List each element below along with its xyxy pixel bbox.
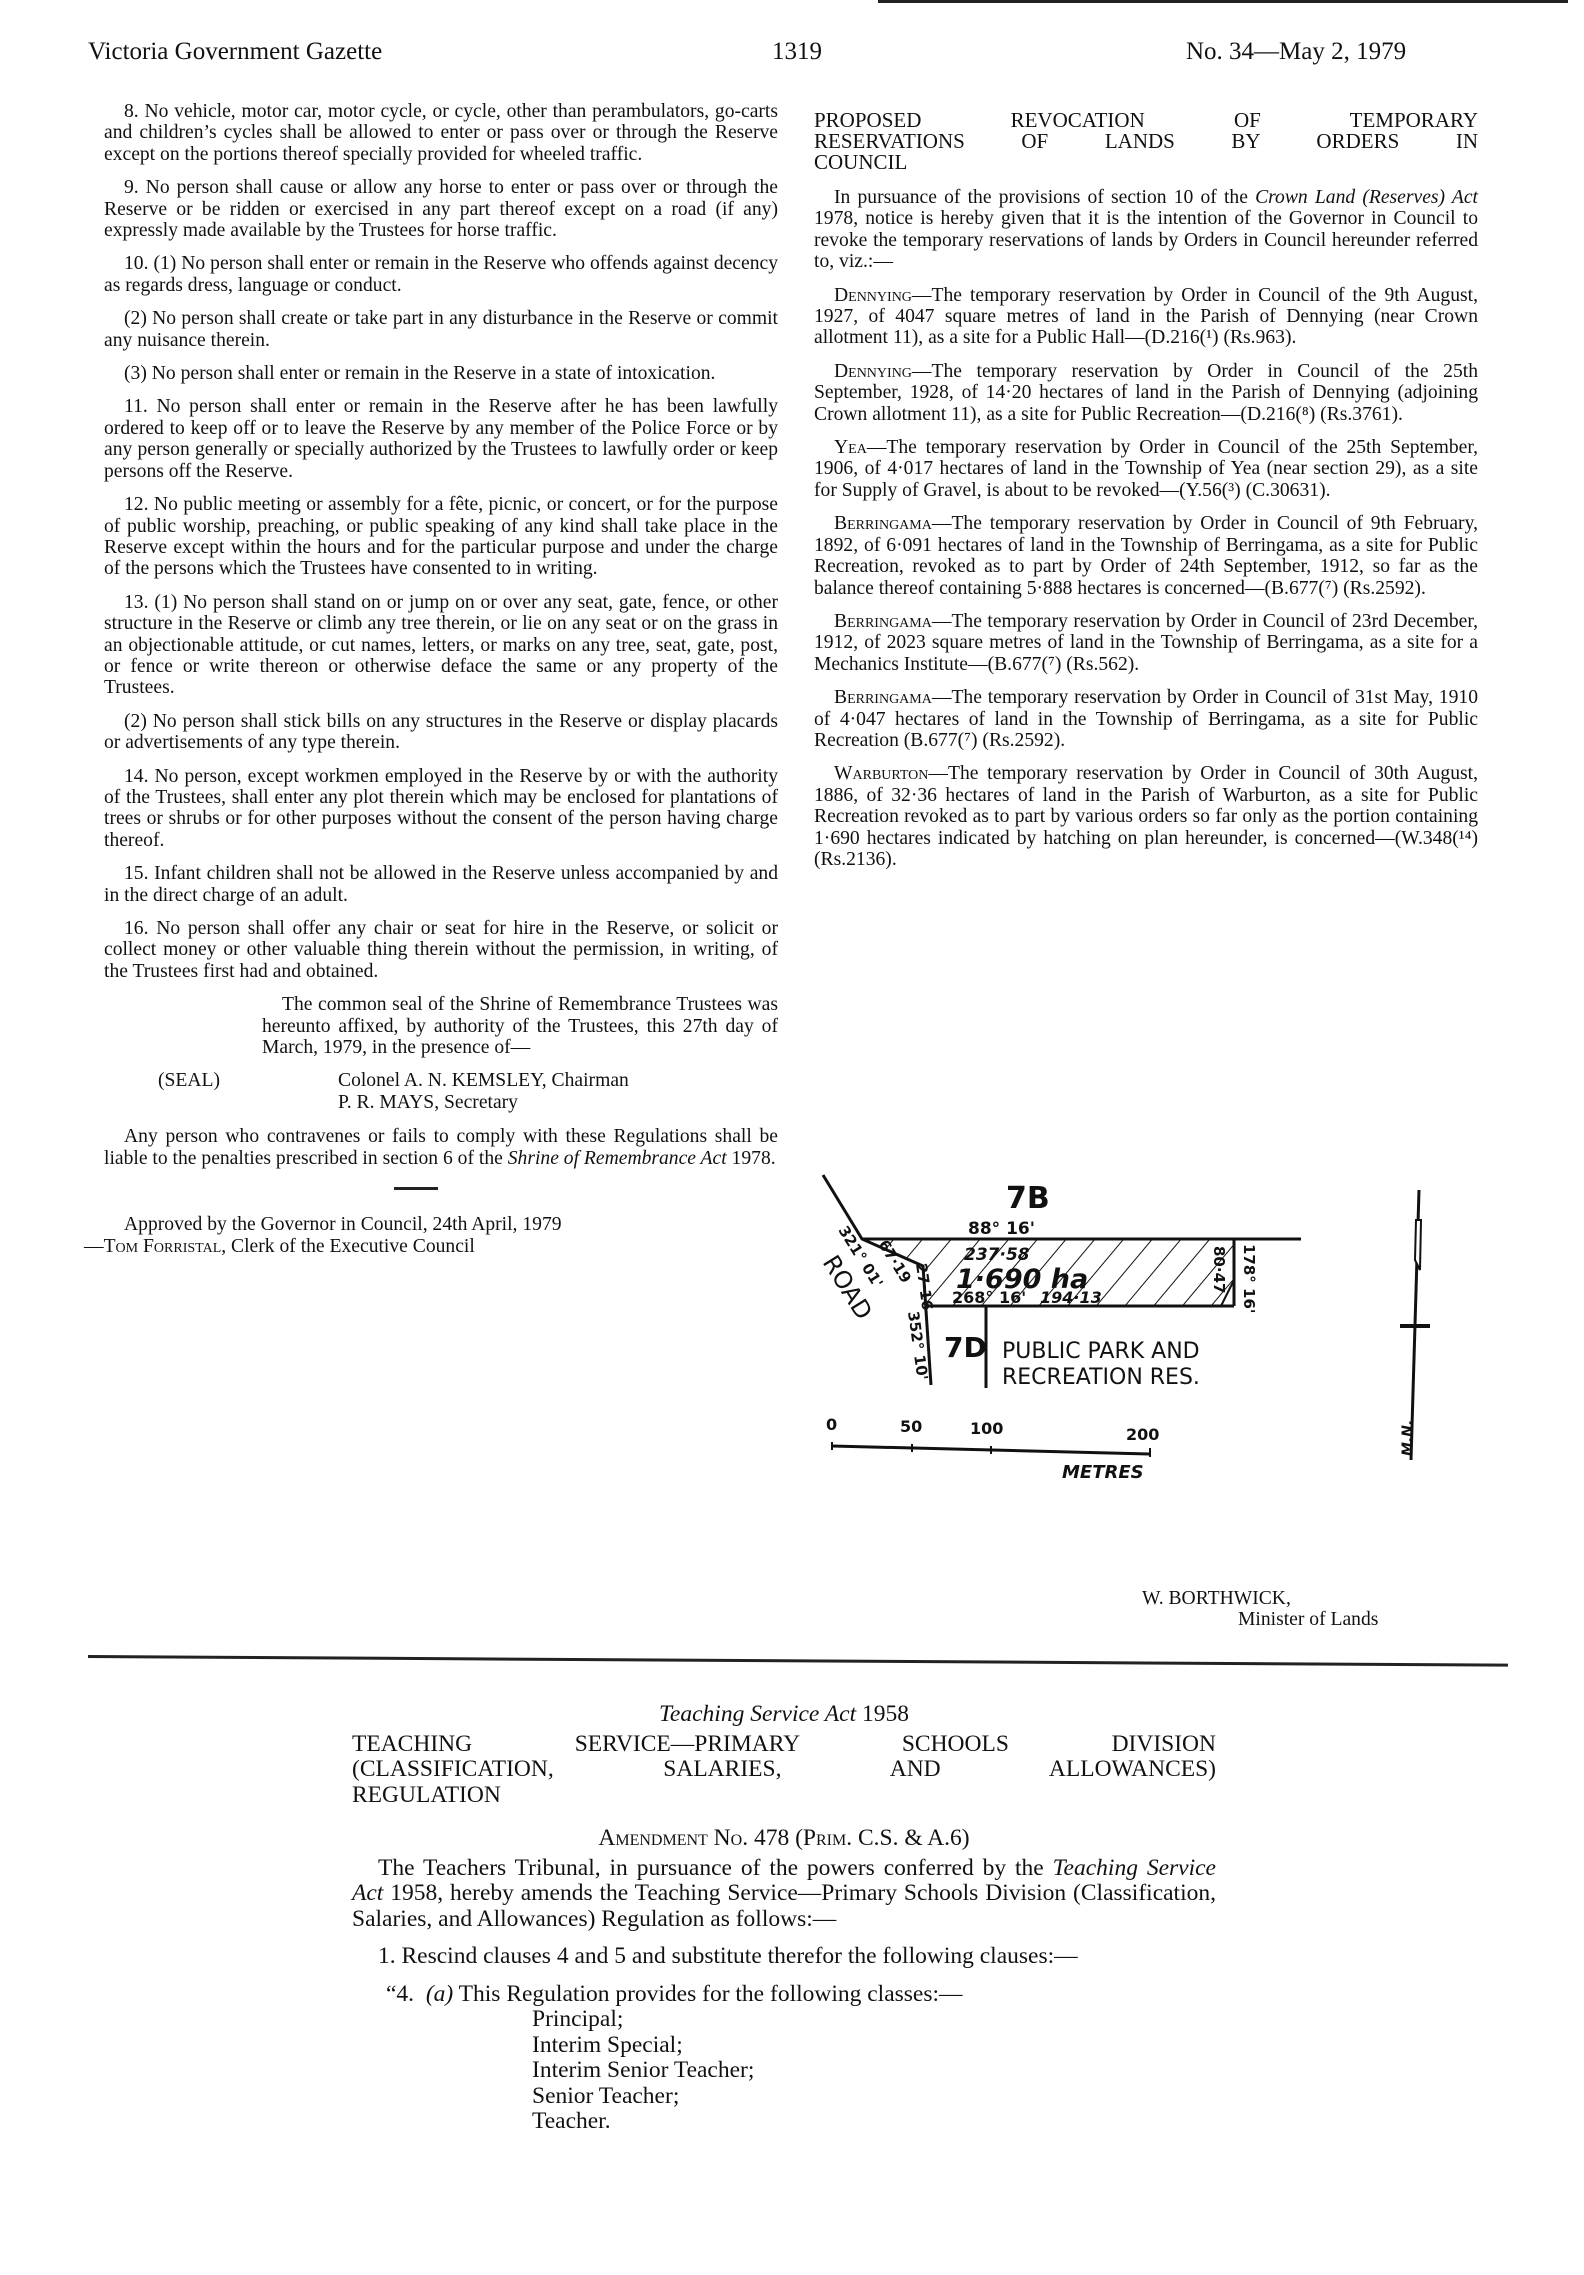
entry-warburton: Warburton—The temporary reservation by O… [814, 763, 1478, 870]
revocation-heading: PROPOSED REVOCATION OF TEMPORARY RESERVA… [814, 110, 1478, 173]
signatory-chairman: Colonel A. N. KEMSLEY, Chairman [338, 1070, 778, 1092]
class-list: Principal; Interim Special; Interim Seni… [532, 2007, 1216, 2135]
entry-dennying-1: Dennying—The temporary reservation by Or… [814, 285, 1478, 349]
allotment-7b-label: 7B [1006, 1181, 1050, 1216]
reserve-label-line2: RECREATION RES. [1002, 1365, 1200, 1390]
amendment-number: Amendment No. 478 (Prim. C.S. & A.6) [352, 1826, 1216, 1852]
svg-text:100: 100 [970, 1419, 1003, 1438]
top-border-rule [878, 0, 1568, 3]
issue-date: No. 34—May 2, 1979 [1186, 38, 1406, 66]
right-bearing: 178° 16' [1240, 1244, 1258, 1314]
clause-11: 11. No person shall enter or remain in t… [104, 396, 778, 482]
allotment-7d-label: 7D [944, 1331, 987, 1364]
right-length: 80·47 [1210, 1246, 1228, 1293]
clause-4a: “4. (a) This Regulation provides for the… [386, 1982, 1216, 2008]
regulation-title: TEACHING SERVICE—PRIMARY SCHOOLS DIVISIO… [352, 1732, 1216, 1809]
section-separator-rule [88, 1655, 1508, 1667]
clause-10-2: (2) No person shall create or take part … [104, 308, 778, 351]
preamble: The Teachers Tribunal, in pursuance of t… [352, 1856, 1216, 1933]
act-name: Shrine of Remembrance Act [508, 1148, 727, 1169]
survey-plan: 7B 88° 16' 237·58 1·690 ha 268° 16' 194·… [816, 1160, 1486, 1540]
publication-title: Victoria Government Gazette [88, 38, 382, 66]
clause-13-1: 13. (1) No person shall stand on or jump… [104, 592, 778, 699]
class-item: Interim Senior Teacher; [532, 2058, 1216, 2084]
left-column: 8. No vehicle, motor car, motor cycle, o… [104, 101, 778, 1269]
bottom-bearing: 268° 16' [952, 1288, 1026, 1307]
seal-statement: The common seal of the Shrine of Remembr… [104, 994, 778, 1058]
entry-berringama-3: Berringama—The temporary reservation by … [814, 687, 1478, 751]
svg-text:200: 200 [1126, 1425, 1159, 1444]
svg-text:M.N.: M.N. [1400, 1420, 1416, 1456]
reserve-label-line1: PUBLIC PARK AND [1002, 1339, 1200, 1364]
clause-15: 15. Infant children shall not be allowed… [104, 863, 778, 906]
top-bearing: 88° 16' [968, 1219, 1035, 1239]
minister-title: Minister of Lands [1142, 1609, 1378, 1630]
minister-signature: W. BORTHWICK, Minister of Lands [1142, 1588, 1378, 1630]
page-header: Victoria Government Gazette 1319 No. 34—… [0, 38, 1584, 78]
bottom-length: 194·13 [1040, 1288, 1102, 1307]
scale-bar: 0 50 100 200 METRES [826, 1415, 1159, 1483]
right-column: PROPOSED REVOCATION OF TEMPORARY RESERVA… [814, 110, 1478, 882]
entry-berringama-1: Berringama—The temporary reservation by … [814, 513, 1478, 599]
clause-10-3: (3) No person shall enter or remain in t… [104, 363, 778, 384]
revocation-intro: In pursuance of the provisions of sectio… [814, 187, 1478, 273]
entry-dennying-2: Dennying—The temporary reservation by Or… [814, 361, 1478, 425]
minister-name: W. BORTHWICK, [1142, 1588, 1378, 1609]
svg-text:0: 0 [826, 1415, 837, 1434]
class-item: Principal; [532, 2007, 1216, 2033]
clause-16: 16. No person shall offer any chair or s… [104, 918, 778, 982]
clause-13-2: (2) No person shall stick bills on any s… [104, 711, 778, 754]
clause-10-1: 10. (1) No person shall enter or remain … [104, 253, 778, 296]
section-divider [394, 1187, 438, 1190]
act-title: Teaching Service Act 1958 [352, 1702, 1216, 1728]
signatory-secretary: P. R. MAYS, Secretary [338, 1092, 778, 1114]
clause-12: 12. No public meeting or assembly for a … [104, 494, 778, 580]
entry-berringama-2: Berringama—The temporary reservation by … [814, 611, 1478, 675]
clause-1: 1. Rescind clauses 4 and 5 and substitut… [352, 1944, 1216, 1970]
svg-text:METRES: METRES [1062, 1462, 1144, 1483]
clerk-name: Tom Forristal [104, 1236, 222, 1257]
approval-statement: Approved by the Governor in Council, 24t… [104, 1214, 778, 1257]
clause-14: 14. No person, except workmen employed i… [104, 766, 778, 852]
penalty-statement: Any person who contravenes or fails to c… [104, 1126, 778, 1169]
svg-text:50: 50 [900, 1417, 922, 1436]
seal-label: (SEAL) [158, 1070, 338, 1114]
entry-yea: Yea—The temporary reservation by Order i… [814, 437, 1478, 501]
clause-8: 8. No vehicle, motor car, motor cycle, o… [104, 101, 778, 165]
class-item: Teacher. [532, 2109, 1216, 2135]
clause-9: 9. No person shall cause or allow any ho… [104, 177, 778, 241]
class-item: Senior Teacher; [532, 2084, 1216, 2110]
page-number: 1319 [772, 38, 822, 66]
meridian-arrow-icon: M.N. [1400, 1190, 1430, 1460]
signatories-block: (SEAL) Colonel A. N. KEMSLEY, Chairman P… [158, 1070, 778, 1114]
class-item: Interim Special; [532, 2033, 1216, 2059]
top-length: 237·58 [964, 1245, 1030, 1265]
teaching-service-notice: Teaching Service Act 1958 TEACHING SERVI… [352, 1702, 1216, 2135]
